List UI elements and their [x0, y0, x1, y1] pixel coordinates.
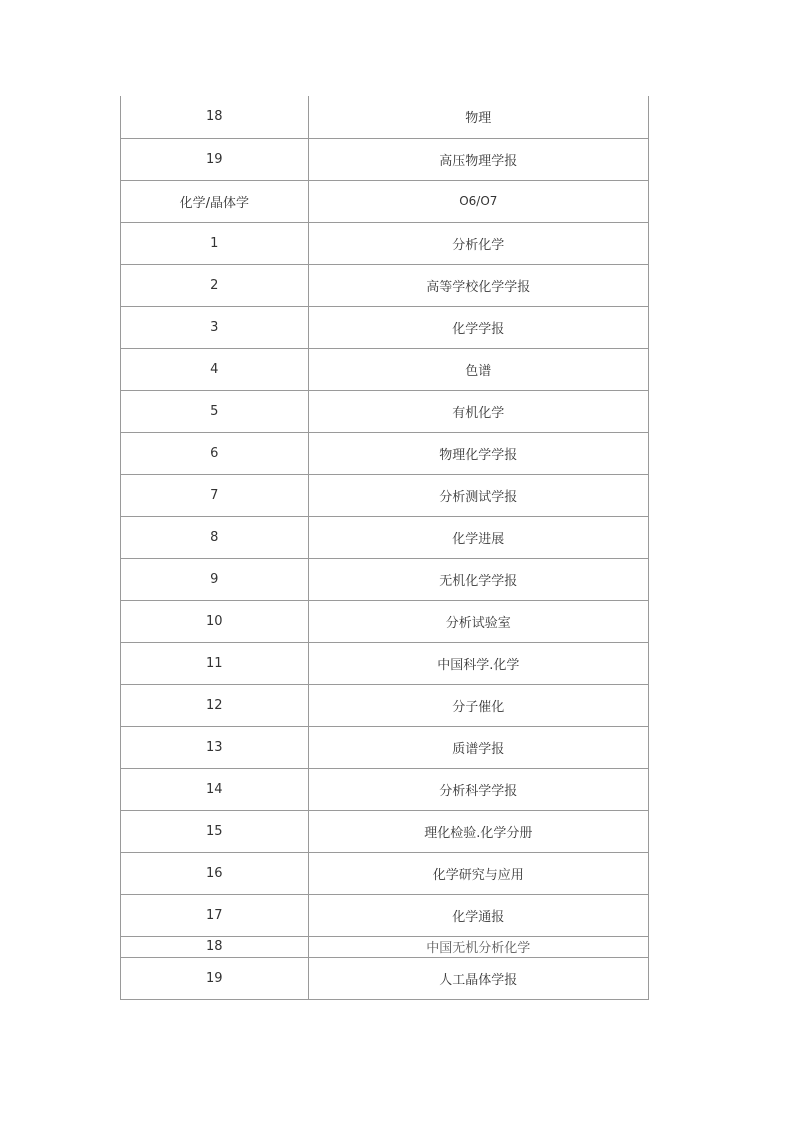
journal-name: 物理化学学报	[308, 432, 648, 474]
category-label: 化学/晶体学	[121, 180, 309, 222]
table-row: 10分析试验室	[121, 600, 649, 642]
table-row: 12分子催化	[121, 684, 649, 726]
row-number: 16	[121, 852, 309, 894]
journal-name: 分析试验室	[308, 600, 648, 642]
table-row: 6物理化学学报	[121, 432, 649, 474]
table-row: 2高等学校化学学报	[121, 264, 649, 306]
journal-name: 有机化学	[308, 390, 648, 432]
journal-name: 物理	[308, 96, 648, 138]
table-row: 14分析科学学报	[121, 768, 649, 810]
journal-name: 分析化学	[308, 222, 648, 264]
journal-name: 高等学校化学学报	[308, 264, 648, 306]
row-number: 6	[121, 432, 309, 474]
journal-name: 质谱学报	[308, 726, 648, 768]
journal-name: 分析科学学报	[308, 768, 648, 810]
row-number: 19	[121, 138, 309, 180]
table-row: 18物理	[121, 96, 649, 138]
table-row: 4色谱	[121, 348, 649, 390]
table-row: 18中国无机分析化学	[121, 936, 649, 957]
row-number: 7	[121, 474, 309, 516]
journal-name: 化学研究与应用	[308, 852, 648, 894]
table-row: 17化学通报	[121, 894, 649, 936]
row-number: 18	[121, 936, 309, 957]
journal-name: 化学通报	[308, 894, 648, 936]
row-number: 12	[121, 684, 309, 726]
table-row: 19高压物理学报	[121, 138, 649, 180]
table-row: 3化学学报	[121, 306, 649, 348]
table-row: 16化学研究与应用	[121, 852, 649, 894]
row-number: 17	[121, 894, 309, 936]
row-number: 14	[121, 768, 309, 810]
row-number: 13	[121, 726, 309, 768]
table-row: 13质谱学报	[121, 726, 649, 768]
journal-table: 18物理19高压物理学报化学/晶体学O6/O71分析化学2高等学校化学学报3化学…	[120, 96, 649, 1000]
journal-name: 化学学报	[308, 306, 648, 348]
journal-name: 理化检验.化学分册	[308, 810, 648, 852]
journal-name: 人工晶体学报	[308, 957, 648, 999]
row-number: 4	[121, 348, 309, 390]
table-row: 7分析测试学报	[121, 474, 649, 516]
journal-name: 色谱	[308, 348, 648, 390]
category-row: 化学/晶体学O6/O7	[121, 180, 649, 222]
table-row: 5有机化学	[121, 390, 649, 432]
row-number: 19	[121, 957, 309, 999]
row-number: 1	[121, 222, 309, 264]
table-row: 19人工晶体学报	[121, 957, 649, 999]
category-code: O6/O7	[308, 180, 648, 222]
journal-name: 中国科学.化学	[308, 642, 648, 684]
table-row: 11中国科学.化学	[121, 642, 649, 684]
row-number: 5	[121, 390, 309, 432]
row-number: 18	[121, 96, 309, 138]
row-number: 9	[121, 558, 309, 600]
table-row: 15理化检验.化学分册	[121, 810, 649, 852]
row-number: 8	[121, 516, 309, 558]
row-number: 15	[121, 810, 309, 852]
row-number: 10	[121, 600, 309, 642]
table-row: 9无机化学学报	[121, 558, 649, 600]
row-number: 2	[121, 264, 309, 306]
row-number: 3	[121, 306, 309, 348]
journal-name: 无机化学学报	[308, 558, 648, 600]
journal-name: 化学进展	[308, 516, 648, 558]
journal-name: 分子催化	[308, 684, 648, 726]
journal-name: 中国无机分析化学	[308, 936, 648, 957]
table-row: 8化学进展	[121, 516, 649, 558]
journal-name: 高压物理学报	[308, 138, 648, 180]
row-number: 11	[121, 642, 309, 684]
journal-name: 分析测试学报	[308, 474, 648, 516]
table-row: 1分析化学	[121, 222, 649, 264]
